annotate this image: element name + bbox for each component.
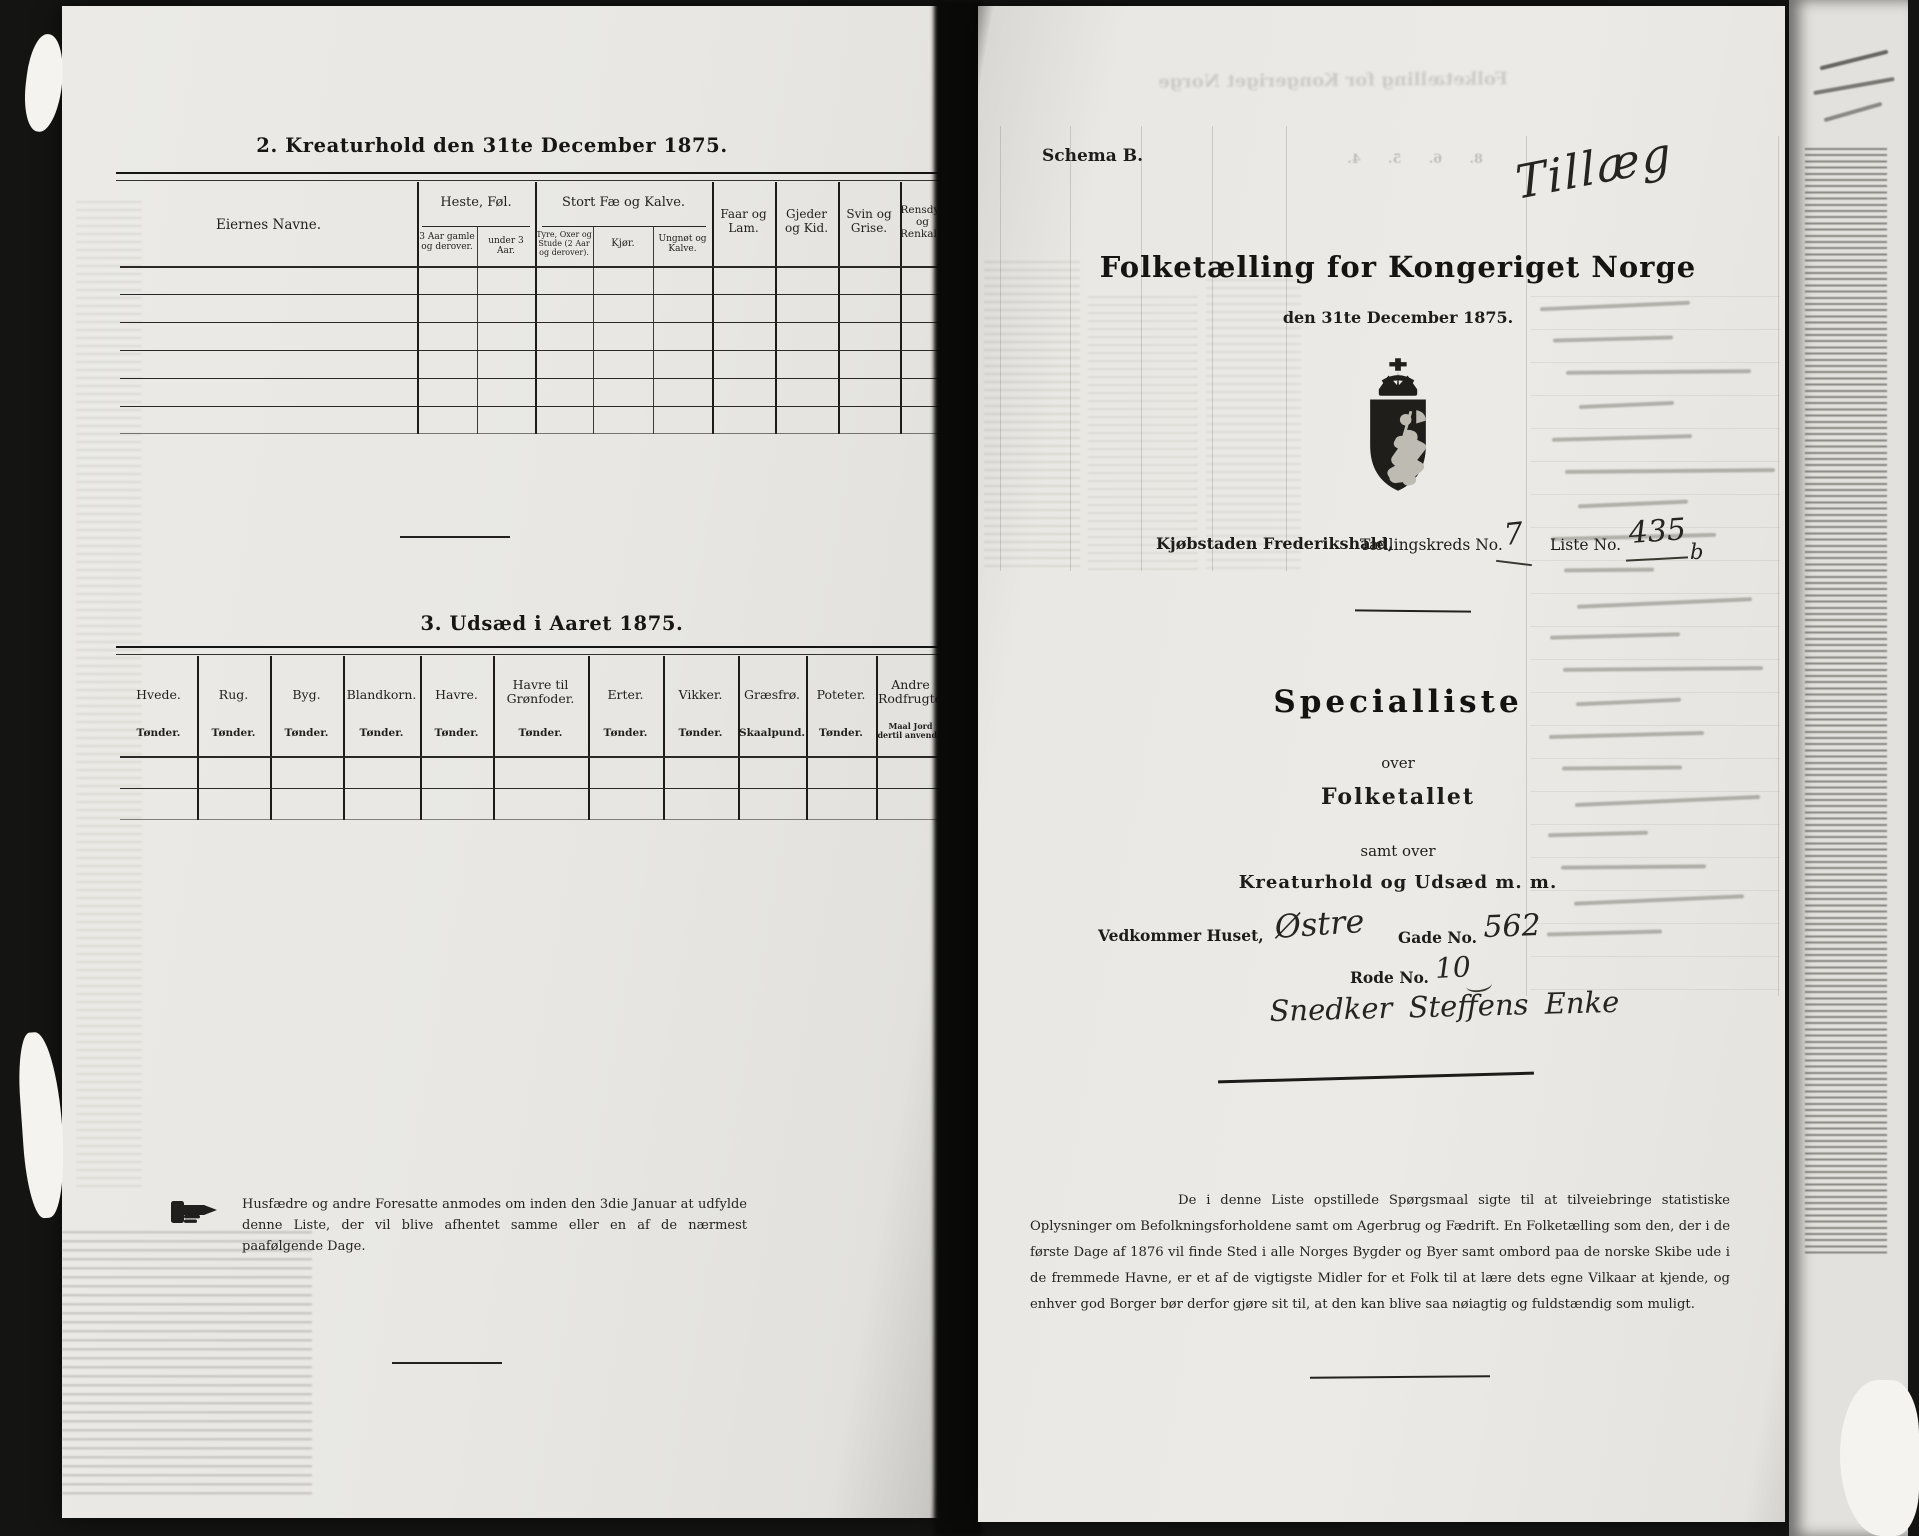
goat-column-header: Gjeder og Kid.	[777, 208, 836, 236]
livestock-table: Eiernes Navne. Heste, Føl. Stort Fæ og K…	[120, 182, 945, 434]
table-line	[120, 819, 945, 820]
ghost-handwriting-line	[1552, 434, 1692, 442]
sowing-column-label: Vikker.	[665, 688, 736, 702]
sowing-column-header: Græsfrø.Skaalpund.	[738, 656, 806, 756]
table-line	[420, 656, 422, 820]
bleedthrough-text	[1088, 296, 1198, 571]
table-line	[120, 433, 945, 434]
list-value: 435	[1628, 512, 1688, 551]
schema-label: Schema B.	[1042, 146, 1143, 166]
table-line	[270, 656, 272, 820]
ghost-handwriting-line	[1553, 335, 1673, 342]
owner-column-header: Eiernes Navne.	[120, 218, 417, 234]
ghost-handwriting-line	[1577, 597, 1752, 609]
left-page: 2. Kreaturhold den 31te December 1875.	[62, 6, 940, 1518]
sowing-table: Hvede.Tønder.Rug.Tønder.Byg.Tønder.Bland…	[120, 656, 945, 820]
table-line	[542, 226, 706, 227]
footnote-text: Husfædre og andre Foresatte anmodes om i…	[242, 1194, 747, 1257]
sowing-column-unit: Tønder.	[121, 728, 196, 740]
main-title: Folketælling for Kongeriget Norge	[1078, 250, 1718, 284]
sowing-column-label: Erter.	[590, 688, 661, 702]
edge-scribble	[1824, 102, 1883, 122]
horse-sub2-header: under 3 Aar.	[478, 236, 534, 257]
edge-scribble	[1813, 77, 1894, 95]
handwritten-note: Tillæg	[1513, 125, 1674, 210]
scan-artifact	[1840, 1380, 1919, 1536]
sowing-column-label: Rug.	[199, 688, 268, 702]
ghost-handwriting-line	[1549, 731, 1704, 739]
bleedthrough-line	[1141, 126, 1142, 571]
right-page-bottom-mark	[1310, 1375, 1490, 1379]
ghost-handwriting-line	[1564, 568, 1654, 573]
table-line	[197, 656, 199, 820]
sowing-column-label: Græsfrø.	[740, 688, 804, 702]
ghost-handwriting-line	[1565, 468, 1775, 474]
table-line	[120, 266, 945, 268]
bleedthrough-text	[984, 261, 1080, 571]
sowing-column-unit: Tønder.	[589, 728, 662, 740]
table-line	[493, 656, 495, 820]
ghost-handwriting-line	[1579, 401, 1674, 409]
sowing-column-unit: Tønder.	[494, 728, 587, 740]
next-page-edge	[1789, 0, 1908, 1536]
bleedthrough-column-numbers: 8. 6. 5. 4.	[1183, 152, 1483, 167]
table-line	[876, 656, 878, 820]
sowing-column-header: Erter.Tønder.	[588, 656, 663, 756]
over-word-2: samt over	[1078, 842, 1718, 860]
scan-artifact	[16, 1031, 69, 1219]
sowing-column-unit: Tønder.	[421, 728, 492, 740]
table-line	[738, 656, 740, 820]
sheep-column-header: Faar og Lam.	[714, 208, 773, 236]
sowing-column-unit: Tønder.	[807, 728, 875, 740]
table-line	[477, 226, 478, 434]
ghost-handwriting-line	[1547, 929, 1662, 936]
heading-separator	[1355, 609, 1471, 612]
rode-value: 10	[1434, 950, 1471, 985]
sowing-column-header: Havre.Tønder.	[420, 656, 493, 756]
table-line	[120, 406, 945, 407]
cattle-group-header: Stort Fæ og Kalve.	[535, 196, 712, 211]
district-value: 7	[1502, 516, 1525, 553]
horse-group-header: Heste, Føl.	[417, 196, 535, 211]
left-page-bottom-mark	[392, 1362, 502, 1364]
occupant-value: Snedker Steffens Enke	[1269, 985, 1620, 1028]
sowing-column-header: Byg.Tønder.	[270, 656, 343, 756]
book-gutter	[934, 0, 982, 1536]
district-label: Tællingskreds No.	[1360, 536, 1503, 554]
sowing-column-header: Havre til Grønfoder.Tønder.	[493, 656, 588, 756]
sowing-column-label: Poteter.	[808, 688, 874, 702]
sowing-column-header: Rug.Tønder.	[197, 656, 270, 756]
ghost-handwriting-line	[1563, 666, 1763, 672]
subject-1: Folketallet	[1078, 784, 1718, 810]
table-line	[417, 182, 419, 434]
rode-label: Rode No.	[1350, 968, 1429, 987]
edge-scribble	[1820, 50, 1889, 71]
cattle-sub2-header: Kjør.	[594, 238, 652, 250]
sowing-column-header: Hvede.Tønder.	[120, 656, 197, 756]
over-word-1: over	[1078, 754, 1718, 772]
bleedthrough-line	[1070, 126, 1071, 571]
sowing-column-unit: Tønder.	[344, 728, 419, 740]
bleedthrough-title: Folketælling for Kongeriget Norge	[1118, 68, 1548, 93]
bleedthrough-line	[1286, 126, 1287, 571]
ghost-handwriting-line	[1561, 864, 1706, 869]
table-line	[806, 656, 808, 820]
table-line	[343, 656, 345, 820]
cattle-sub1-header: Tyre, Oxer og Stude (2 Aar og derover).	[536, 230, 592, 258]
house-no-value: 562	[1483, 908, 1541, 945]
cattle-sub3-header: Ungnøt og Kalve.	[654, 234, 711, 255]
sowing-column-label: Hvede.	[122, 688, 195, 702]
subject-2: Kreaturhold og Udsæd m. m.	[1078, 872, 1718, 893]
sowing-table-top-rule	[116, 646, 948, 655]
district-underline	[1496, 560, 1532, 566]
scan-artifact	[20, 32, 68, 134]
table-end-mark	[400, 536, 510, 538]
table-line	[588, 656, 590, 820]
footnote-hand-icon	[170, 1198, 220, 1230]
street-value: Østre	[1273, 902, 1365, 946]
sowing-column-label: Havre til Grønfoder.	[495, 678, 586, 707]
sowing-table-title: 3. Udsæd i Aaret 1875.	[202, 612, 902, 635]
sowing-column-unit: Skaalpund.	[739, 728, 805, 740]
list-label: Liste No.	[1550, 536, 1621, 554]
ghost-handwriting-line	[1548, 831, 1648, 838]
edge-fine-print	[1805, 148, 1887, 1258]
table-line	[120, 756, 945, 758]
livestock-table-top-rule	[116, 172, 948, 181]
sowing-column-header: Poteter.Tønder.	[806, 656, 876, 756]
table-line	[120, 350, 945, 351]
occupant-rule	[1218, 1072, 1534, 1084]
ghost-handwriting-line	[1566, 369, 1751, 375]
scanned-census-spread: 2. Kreaturhold den 31te December 1875.	[0, 0, 1919, 1536]
horse-sub1-header: 3 Aar gamle og derover.	[418, 232, 476, 253]
table-line	[120, 378, 945, 379]
table-line	[535, 182, 537, 434]
sowing-column-unit: Tønder.	[271, 728, 342, 740]
table-line	[663, 656, 665, 820]
house-label: Vedkommer Huset,	[1098, 926, 1264, 945]
info-paragraph: De i denne Liste opstillede Spørgsmaal s…	[1030, 1188, 1730, 1318]
sowing-column-header: Vikker.Tønder.	[663, 656, 738, 756]
sowing-column-unit: Tønder.	[198, 728, 269, 740]
date-line: den 31te December 1875.	[1078, 308, 1718, 327]
bleedthrough-line	[1212, 126, 1213, 571]
table-line	[593, 226, 594, 434]
sowing-column-header: Blandkorn.Tønder.	[343, 656, 420, 756]
sowing-column-label: Blandkorn.	[345, 688, 418, 702]
table-line	[120, 294, 945, 295]
right-page: Folketælling for Kongeriget Norge 8. 6. …	[978, 6, 1785, 1522]
ghost-handwriting-line	[1550, 632, 1680, 639]
list-value-suffix: b	[1690, 540, 1703, 564]
ghost-handwriting-line	[1578, 500, 1688, 509]
livestock-table-title: 2. Kreaturhold den 31te December 1875.	[142, 134, 842, 157]
sowing-column-label: Byg.	[272, 688, 341, 702]
pig-column-header: Svin og Grise.	[840, 208, 898, 236]
table-line	[120, 322, 945, 323]
sowing-column-label: Havre.	[422, 688, 491, 702]
bleedthrough-line	[1000, 126, 1001, 571]
house-no-label: Gade No.	[1398, 928, 1477, 947]
ghost-handwriting-line	[1574, 894, 1744, 905]
table-line	[422, 226, 530, 227]
list-title: Specialliste	[1078, 684, 1718, 720]
sowing-column-unit: Tønder.	[664, 728, 737, 740]
bottom-left-bleedthrough	[62, 1231, 312, 1499]
city-label: Kjøbstaden Frederikshald,	[1156, 534, 1393, 553]
table-line	[120, 788, 945, 789]
table-line	[653, 226, 654, 434]
coat-of-arms	[1350, 358, 1446, 520]
